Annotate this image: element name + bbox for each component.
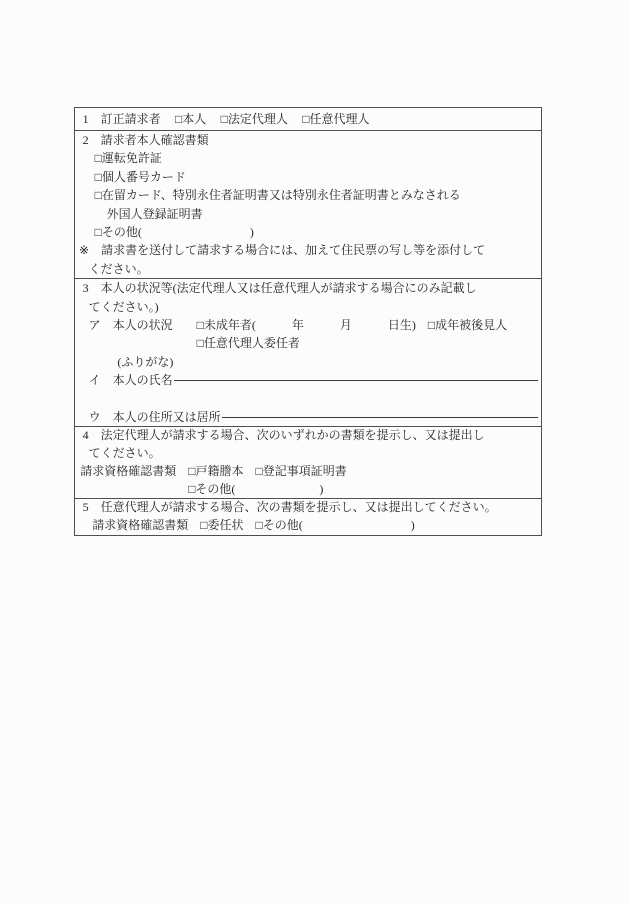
checkbox-adult-ward[interactable]: □成年被後見人 [428, 316, 507, 334]
mail-request-note-continuation-text: ください。 [89, 262, 149, 276]
checkbox-residence-card[interactable]: □在留カード、特別永住者証明書又は特別永住者証明書とみなされる [95, 188, 461, 202]
legal-rep-title: 4 法定代理人が請求する場合、次のいずれかの書類を提示し、又は提出し [79, 427, 538, 445]
checkbox-other-document[interactable]: □その他( ) [95, 225, 254, 239]
voluntary-rep-docs-label: 請求資格確認書類 [92, 517, 188, 535]
status-row: ア 本人の状況 □未成年者( 年 月 日生) □成年被後見人 [79, 316, 538, 334]
note-mark: ※ [79, 241, 89, 259]
drivers-license-row: □運転免許証 [79, 149, 538, 167]
spacer-line [79, 389, 538, 407]
checkbox-voluntary-representative[interactable]: □任意代理人 [302, 108, 369, 130]
section-requester-type: 1 訂正請求者 □本人 □法定代理人 □任意代理人 [75, 108, 541, 130]
voluntary-rep-title: 5 任意代理人が請求する場合、次の書類を提示し、又は提出してください。 [79, 499, 538, 517]
checkbox-legal-rep-other[interactable]: □その他( ) [188, 482, 323, 496]
voluntary-rep-docs-row: 請求資格確認書類 □委任状 □その他( ) [79, 517, 538, 535]
legal-rep-docs-label: 請求資格確認書類 [80, 463, 176, 481]
requester-type-row: 1 訂正請求者 □本人 □法定代理人 □任意代理人 [79, 108, 538, 130]
principal-status-title-text: 3 本人の状況等(法定代理人又は任意代理人が請求する場合にのみ記載し [83, 281, 477, 295]
checkbox-koseki-tohon[interactable]: □戸籍謄本 [188, 463, 243, 481]
principal-status-title-continuation: てください。) [79, 298, 538, 316]
mail-request-note-continuation: ください。 [79, 260, 538, 278]
identity-documents-title: 2 請求者本人確認書類 [79, 131, 538, 149]
legal-rep-title-text: 4 法定代理人が請求する場合、次のいずれかの書類を提示し、又は提出し [83, 428, 485, 442]
section-principal-status: 3 本人の状況等(法定代理人又は任意代理人が請求する場合にのみ記載し てください… [75, 278, 541, 426]
checkbox-my-number-card[interactable]: □個人番号カード [95, 170, 186, 184]
principal-name-row: イ 本人の氏名 [79, 371, 538, 389]
voluntary-rep-title-text: 5 任意代理人が請求する場合、次の書類を提示し、又は提出してください。 [83, 500, 497, 514]
mail-request-note-text: 請求書を送付して請求する場合には、加えて住民票の写し等を添付して [101, 241, 485, 259]
correction-request-form-table: 1 訂正請求者 □本人 □法定代理人 □任意代理人 2 請求者本人確認書類 □運… [74, 107, 542, 536]
principal-status-title-continuation-text: てください。) [89, 300, 159, 314]
principal-status-title: 3 本人の状況等(法定代理人又は任意代理人が請求する場合にのみ記載し [79, 279, 538, 297]
legal-rep-title-continuation: てください。 [79, 445, 538, 463]
checkbox-minor[interactable]: □未成年者( 年 月 日生) [197, 316, 416, 334]
checkbox-voluntary-rep-other[interactable]: □その他( ) [255, 517, 414, 535]
principal-address-label: ウ 本人の住所又は居所 [89, 408, 221, 426]
identity-documents-title-text: 2 請求者本人確認書類 [83, 133, 209, 147]
section-identity-documents: 2 請求者本人確認書類 □運転免許証 □個人番号カード □在留カード、特別永住者… [75, 130, 541, 278]
legal-rep-other-row: □その他( ) [79, 481, 538, 499]
legal-rep-title-continuation-text: てください。 [89, 446, 161, 460]
checkbox-power-of-attorney[interactable]: □委任状 [200, 517, 243, 535]
checkbox-registry-certificate[interactable]: □登記事項証明書 [255, 463, 346, 481]
furigana-row: (ふりがな) [79, 353, 538, 371]
checkbox-voluntary-delegator[interactable]: □任意代理人委任者 [197, 336, 300, 350]
my-number-card-row: □個人番号カード [79, 168, 538, 186]
furigana-label: (ふりがな) [117, 355, 173, 369]
section-voluntary-rep-documents: 5 任意代理人が請求する場合、次の書類を提示し、又は提出してください。 請求資格… [75, 498, 541, 535]
residence-card-row-continuation: 外国人登録証明書 [79, 205, 538, 223]
section-legal-rep-documents: 4 法定代理人が請求する場合、次のいずれかの書類を提示し、又は提出し てください… [75, 426, 541, 498]
principal-address-row: ウ 本人の住所又は居所 [79, 408, 538, 426]
checkbox-legal-representative[interactable]: □法定代理人 [221, 108, 288, 130]
voluntary-delegator-row: □任意代理人委任者 [79, 334, 538, 352]
requester-type-label: 1 訂正請求者 [83, 108, 161, 130]
status-item-label: ア 本人の状況 [89, 316, 173, 334]
residence-card-continuation-text: 外国人登録証明書 [107, 207, 203, 221]
principal-name-label: イ 本人の氏名 [89, 371, 173, 389]
legal-rep-docs-row: 請求資格確認書類 □戸籍謄本 □登記事項証明書 [79, 463, 538, 481]
checkbox-self[interactable]: □本人 [175, 108, 206, 130]
checkbox-drivers-license[interactable]: □運転免許証 [95, 151, 162, 165]
other-document-row: □その他( ) [79, 223, 538, 241]
document-page: 1 訂正請求者 □本人 □法定代理人 □任意代理人 2 請求者本人確認書類 □運… [0, 0, 630, 903]
mail-request-note-row: ※ 請求書を送付して請求する場合には、加えて住民票の写し等を添付して [79, 241, 538, 259]
residence-card-row: □在留カード、特別永住者証明書又は特別永住者証明書とみなされる [79, 186, 538, 204]
